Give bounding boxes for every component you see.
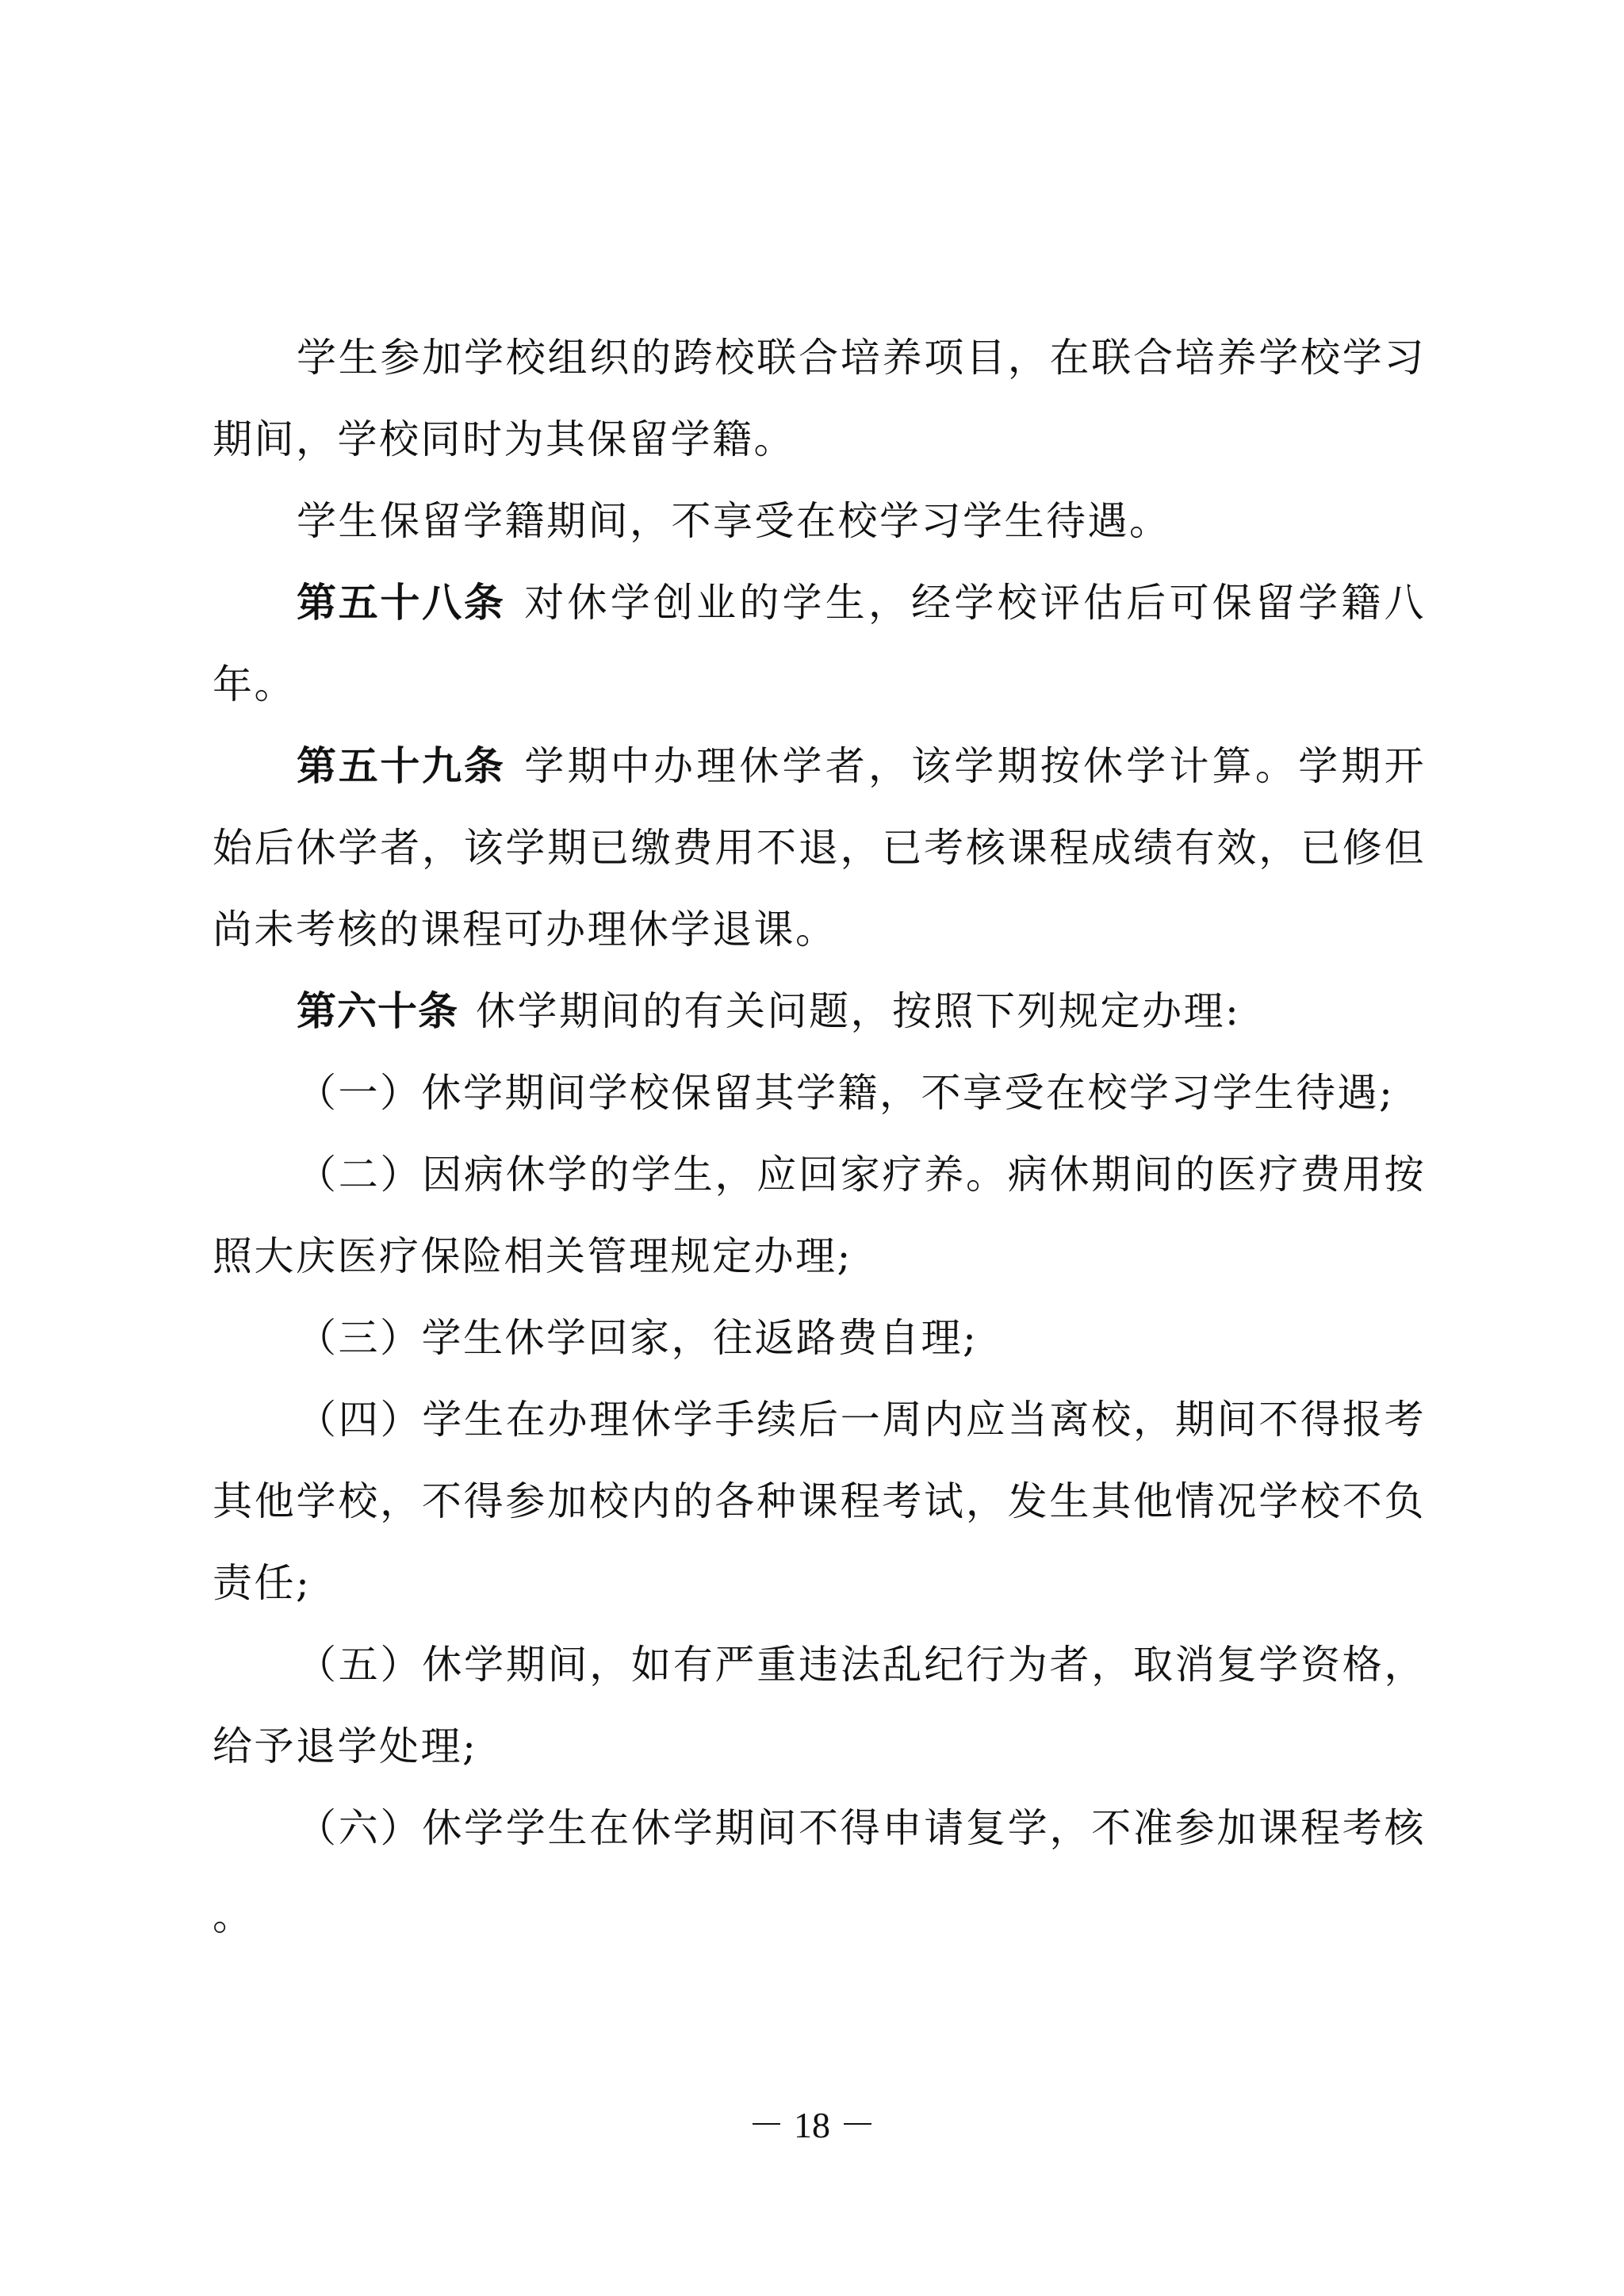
paragraph-line: 期间，学校同时为其保留学籍。 bbox=[213, 399, 795, 481]
line-text: 。 bbox=[213, 1893, 255, 1939]
document-page: 学生参加学校组织的跨校联合培养项目，在联合培养学校学习 期间，学校同时为其保留学… bbox=[0, 0, 1624, 2296]
article-58-line: 第五十八条对休学创业的学生，经学校评估后可保留学籍八 bbox=[297, 562, 1426, 644]
article-number: 第五十九条 bbox=[297, 743, 506, 789]
line-text: （三）学生休学回家，往返路费自理; bbox=[297, 1315, 978, 1361]
page-number: － 18 － bbox=[0, 2102, 1624, 2149]
line-text: 年。 bbox=[213, 661, 296, 707]
line-text: （六）休学学生在休学期间不得申请复学，不准参加课程考核 bbox=[297, 1805, 1426, 1851]
line-text: （一）休学期间学校保留其学籍，不享受在校学习学生待遇; bbox=[297, 1070, 1394, 1116]
list-item-1: （一）休学期间学校保留其学籍，不享受在校学习学生待遇; bbox=[297, 1052, 1394, 1134]
line-text: 学生保留学籍期间，不享受在校学习学生待遇。 bbox=[297, 498, 1171, 544]
line-text: 学生参加学校组织的跨校联合培养项目，在联合培养学校学习 bbox=[297, 335, 1426, 381]
paragraph-line: 学生保留学籍期间，不享受在校学习学生待遇。 bbox=[297, 481, 1171, 562]
paragraph-line: 。 bbox=[213, 1876, 255, 1957]
article-number: 第五十八条 bbox=[297, 580, 506, 626]
line-text: 休学期间的有关问题，按照下列规定办理: bbox=[476, 988, 1240, 1034]
line-text: （五）休学期间，如有严重违法乱纪行为者，取消复学资格， bbox=[297, 1642, 1426, 1688]
paragraph-line: 始后休学者，该学期已缴费用不退，已考核课程成绩有效，已修但 bbox=[213, 807, 1426, 889]
line-text: 责任; bbox=[213, 1560, 311, 1606]
paragraph-line: 尚未考核的课程可办理休学退课。 bbox=[213, 889, 837, 971]
line-text: 始后休学者，该学期已缴费用不退，已考核课程成绩有效，已修但 bbox=[213, 825, 1426, 871]
paragraph-line: 学生参加学校组织的跨校联合培养项目，在联合培养学校学习 bbox=[297, 317, 1426, 399]
article-number: 第六十条 bbox=[297, 988, 458, 1034]
line-text: 学期中办理休学者，该学期按休学计算。学期开 bbox=[523, 743, 1426, 789]
line-text: 照大庆医疗保险相关管理规定办理; bbox=[213, 1233, 852, 1279]
line-text: 对休学创业的学生，经学校评估后可保留学籍八 bbox=[523, 580, 1426, 626]
list-item-3: （三）学生休学回家，往返路费自理; bbox=[297, 1297, 978, 1379]
paragraph-line: 其他学校，不得参加校内的各种课程考试，发生其他情况学校不负 bbox=[213, 1461, 1426, 1543]
article-59-line: 第五十九条学期中办理休学者，该学期按休学计算。学期开 bbox=[297, 726, 1426, 807]
list-item-5: （五）休学期间，如有严重违法乱纪行为者，取消复学资格， bbox=[297, 1624, 1426, 1706]
list-item-4: （四）学生在办理休学手续后一周内应当离校，期间不得报考 bbox=[297, 1379, 1426, 1461]
paragraph-line: 给予退学处理; bbox=[213, 1706, 477, 1788]
paragraph-line: 责任; bbox=[213, 1543, 311, 1624]
line-text: 尚未考核的课程可办理休学退课。 bbox=[213, 907, 837, 953]
paragraph-line: 年。 bbox=[213, 644, 296, 726]
line-text: 给予退学处理; bbox=[213, 1723, 477, 1769]
line-text: （二）因病休学的学生，应回家疗养。病休期间的医疗费用按 bbox=[297, 1152, 1426, 1198]
list-item-2: （二）因病休学的学生，应回家疗养。病休期间的医疗费用按 bbox=[297, 1134, 1426, 1216]
line-text: 期间，学校同时为其保留学籍。 bbox=[213, 416, 795, 462]
line-text: （四）学生在办理休学手续后一周内应当离校，期间不得报考 bbox=[297, 1397, 1426, 1443]
article-60-line: 第六十条休学期间的有关问题，按照下列规定办理: bbox=[297, 971, 1240, 1052]
line-text: 其他学校，不得参加校内的各种课程考试，发生其他情况学校不负 bbox=[213, 1478, 1426, 1524]
paragraph-line: 照大庆医疗保险相关管理规定办理; bbox=[213, 1216, 852, 1297]
list-item-6: （六）休学学生在休学期间不得申请复学，不准参加课程考核 bbox=[297, 1788, 1426, 1869]
